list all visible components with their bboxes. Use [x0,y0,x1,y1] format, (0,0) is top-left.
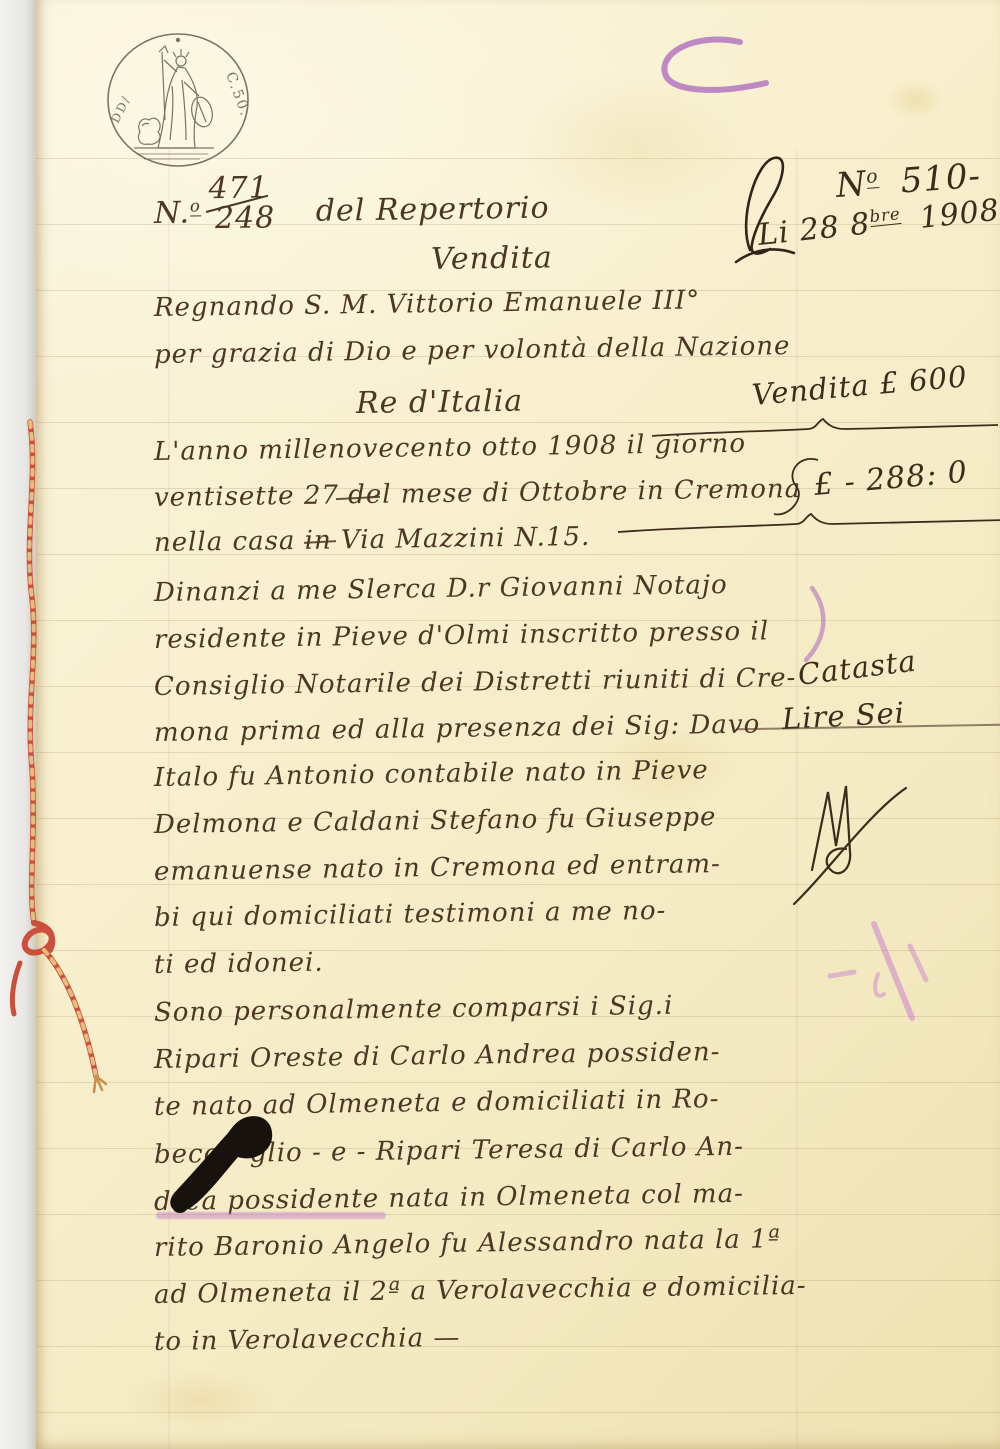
purple-c-mark [636,30,786,110]
repertory-number: N.o471248 del Repertorio [154,172,550,232]
date-sup: bre [869,204,902,227]
paper-stain [886,80,946,120]
stamp-figure [134,38,215,159]
doc-no-sup: o [865,166,879,189]
body-line: nella casa in Via Mazzini N.15. [154,522,591,558]
repertory-fraction: 471248 [204,176,275,231]
paper-sheet: C.50. DD/ N.o471248 del Repertorio Vendi… [36,0,1000,1449]
purple-slash-marks [826,918,936,1028]
margin-brace-2 [616,510,1000,542]
margin-brace-1 [650,416,1000,448]
body-line: to in Verolavecchia — [154,1323,461,1357]
doc-no-label: N [835,164,868,206]
notary-paraph [794,772,924,907]
document-page: C.50. DD/ N.o471248 del Repertorio Vendi… [0,0,1000,1449]
n-label: N. [154,195,190,230]
repertory-label: del Repertorio [315,190,549,228]
n-sup: o [190,196,201,216]
ink-blot [156,1112,286,1222]
stamp-left-label: DD/ [108,93,133,125]
stamp-value-label: C.50. [222,70,253,120]
binding-string [0,418,140,1118]
margin-note-lire: Lire Sei [781,696,906,736]
deed-title: Vendita [431,240,553,277]
body-line: Re d'Italia [356,384,524,421]
body-line: ti ed idonei. [154,948,324,980]
revenue-stamp: C.50. DD/ [98,28,258,176]
